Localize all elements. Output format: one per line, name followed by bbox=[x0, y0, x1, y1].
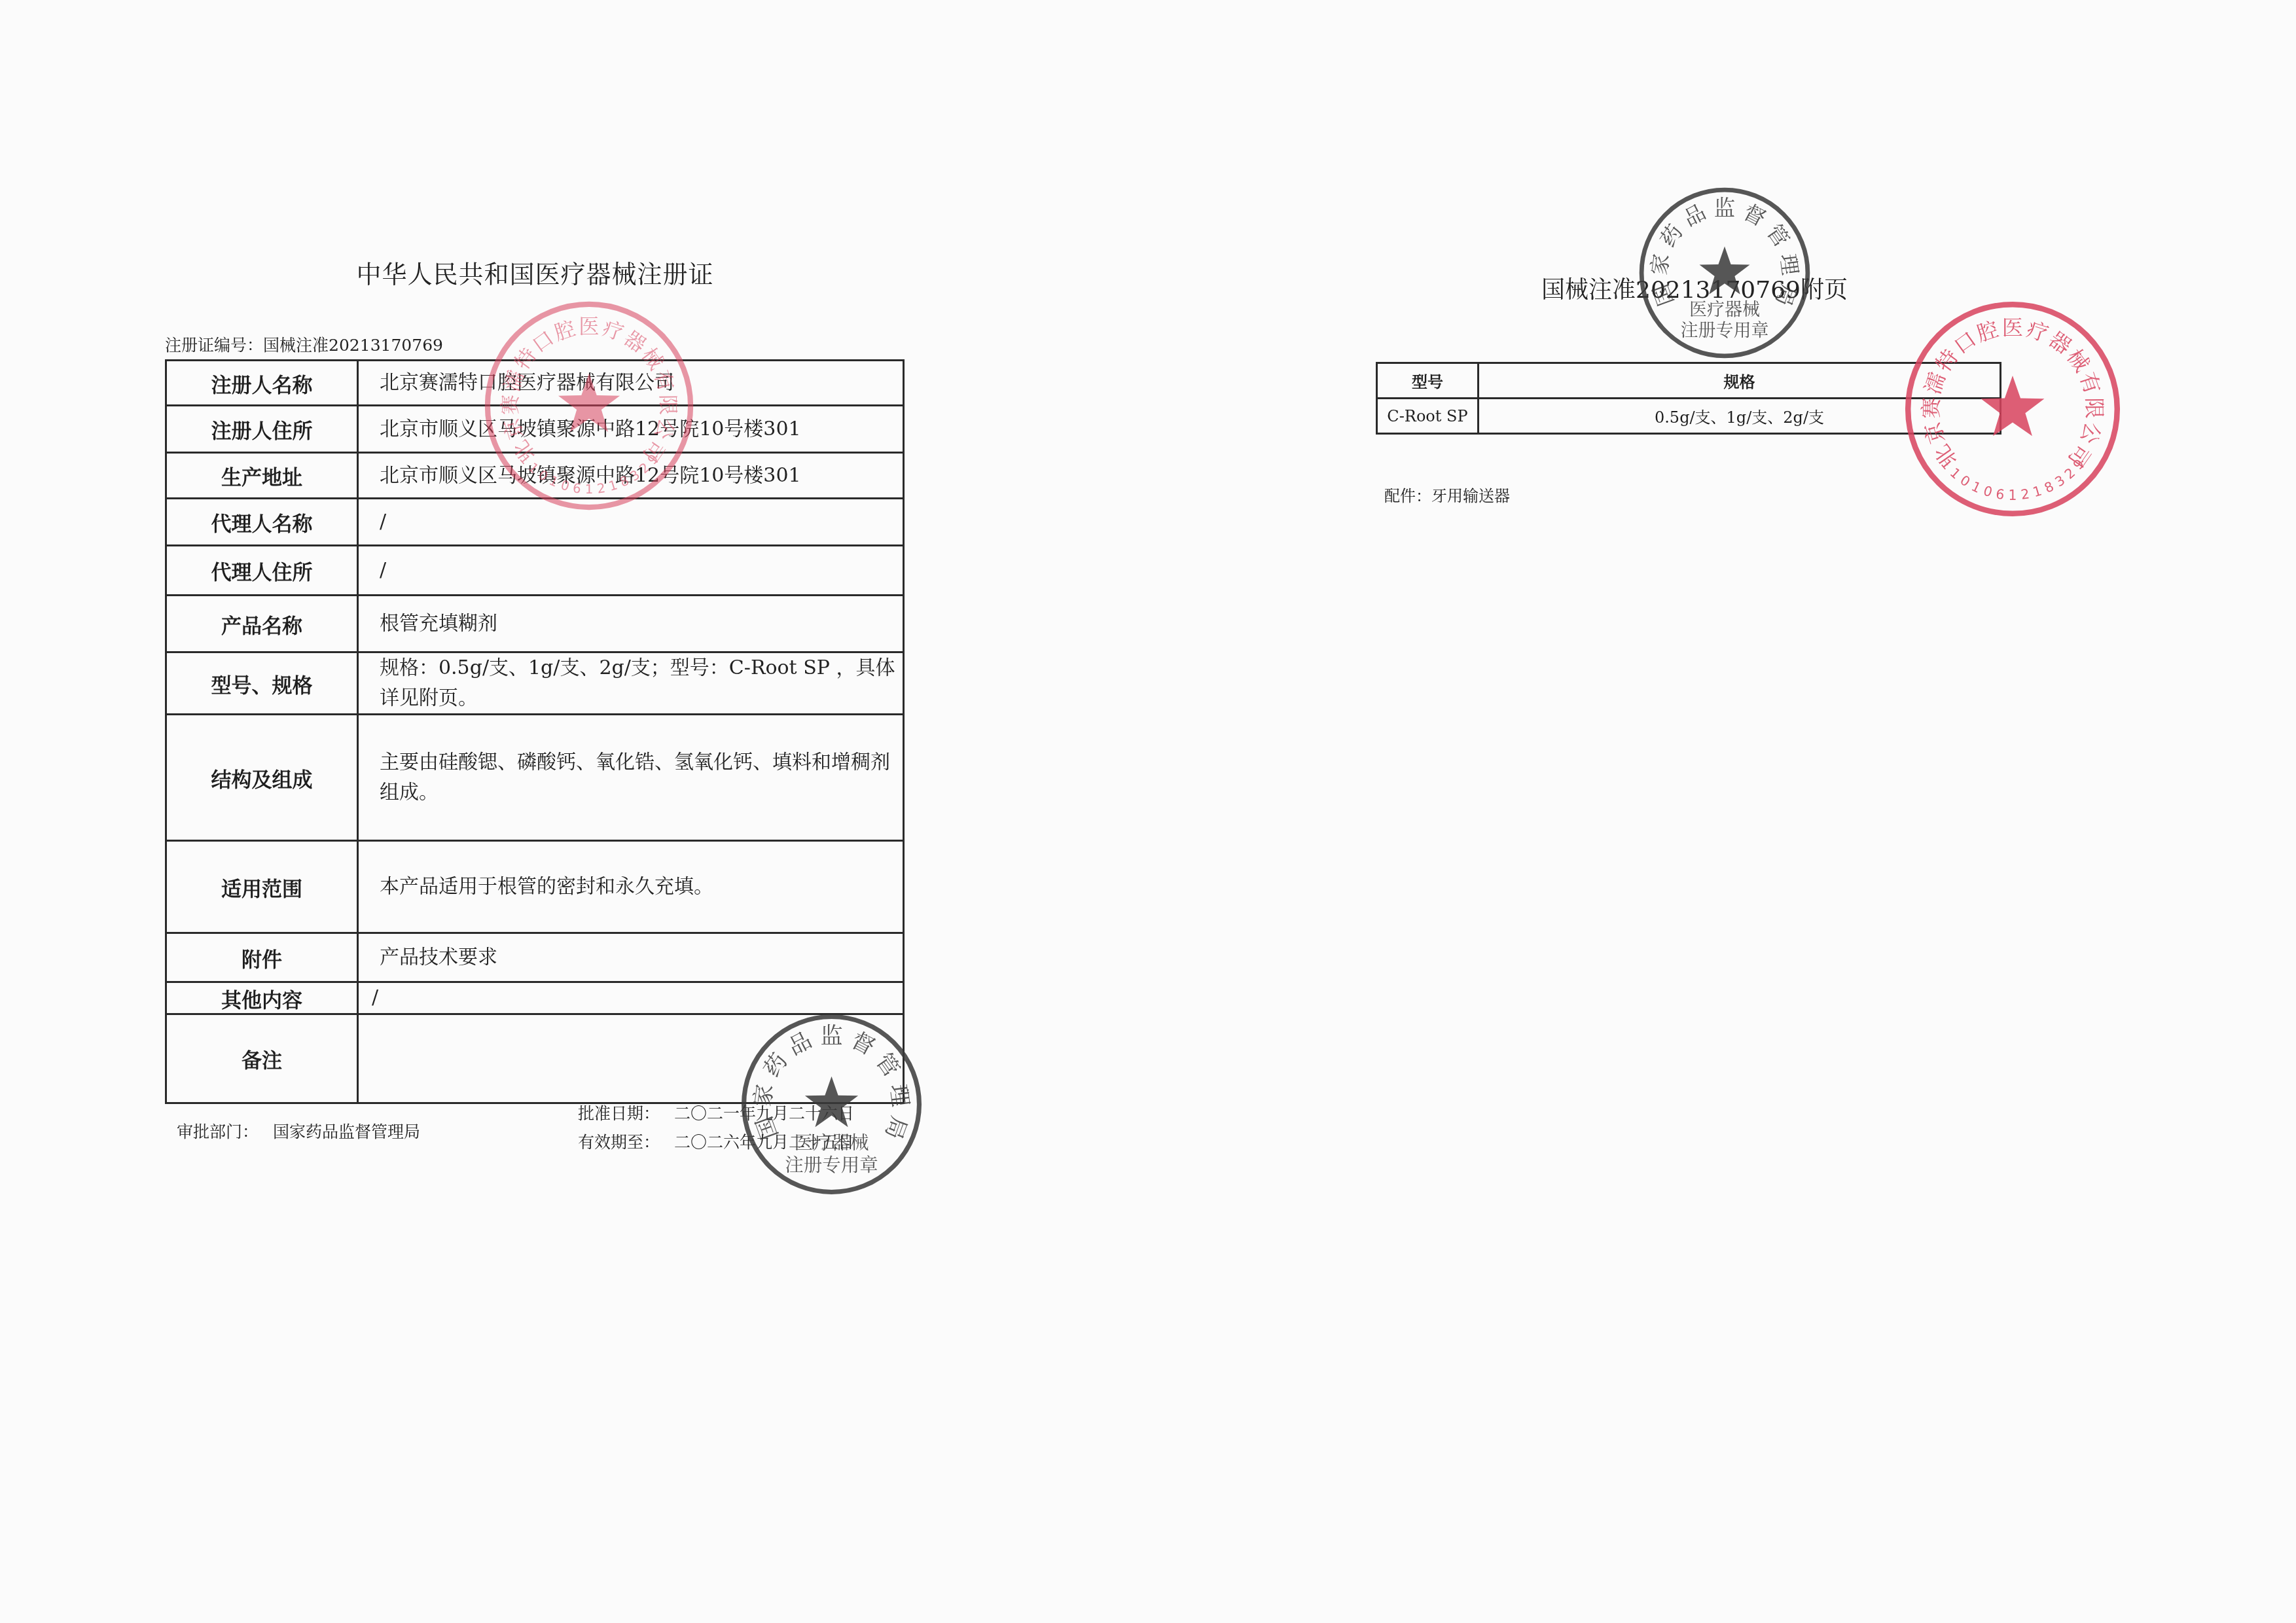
svg-text:1: 1 bbox=[2031, 483, 2043, 501]
row-label: 产品名称 bbox=[166, 596, 358, 652]
approval-department: 审批部门：国家药品监督管理局 bbox=[177, 1119, 420, 1143]
table-row: 生产地址 北京市顺义区马坡镇聚源中路12号院10号楼301 bbox=[166, 453, 904, 499]
cell-model: C-Root SP bbox=[1377, 399, 1479, 434]
row-value: 北京市顺义区马坡镇聚源中路12号院10号楼301 bbox=[358, 406, 904, 453]
svg-text:督: 督 bbox=[1740, 200, 1770, 232]
svg-text:1: 1 bbox=[1947, 465, 1964, 482]
svg-text:司: 司 bbox=[2063, 440, 2096, 471]
approval-department-value: 国家药品监督管理局 bbox=[273, 1122, 420, 1141]
svg-text:管: 管 bbox=[1761, 220, 1794, 251]
row-value bbox=[358, 1014, 904, 1103]
svg-text:北: 北 bbox=[1929, 440, 1962, 471]
svg-text:3: 3 bbox=[2052, 472, 2068, 490]
row-label: 其他内容 bbox=[166, 982, 358, 1014]
row-label: 型号、规格 bbox=[166, 652, 358, 715]
approval-department-label: 审批部门： bbox=[177, 1122, 259, 1141]
row-label: 代理人住所 bbox=[166, 546, 358, 596]
svg-text:口: 口 bbox=[528, 327, 558, 358]
row-label: 适用范围 bbox=[166, 841, 358, 933]
appendix-table: 型号 规格 C-Root SP 0.5g/支、1g/支、2g/支 bbox=[1376, 362, 2001, 435]
valid-until-label: 有效期至： bbox=[578, 1133, 660, 1152]
appendix-accessory: 配件：牙用输送器 bbox=[1384, 483, 1510, 506]
svg-text:局: 局 bbox=[880, 1113, 912, 1143]
svg-text:腔: 腔 bbox=[1974, 317, 2001, 347]
svg-text:8: 8 bbox=[2042, 478, 2056, 496]
table-row: 代理人名称 / bbox=[166, 499, 904, 546]
svg-text:0: 0 bbox=[1982, 483, 1994, 501]
certificate-number: 注册证编号：国械注准20213170769 bbox=[165, 332, 443, 356]
svg-text:1: 1 bbox=[1938, 456, 1956, 473]
svg-text:医: 医 bbox=[2002, 315, 2023, 340]
svg-text:疗: 疗 bbox=[2024, 317, 2051, 347]
svg-text:口: 口 bbox=[1949, 327, 1981, 359]
svg-text:有: 有 bbox=[2075, 369, 2105, 397]
row-label: 注册人住所 bbox=[166, 406, 358, 453]
table-row: 附件 产品技术要求 bbox=[166, 933, 904, 982]
cell-spec: 0.5g/支、1g/支、2g/支 bbox=[1479, 399, 2001, 434]
row-label: 备注 bbox=[166, 1014, 358, 1103]
row-value: 根管充填糊剂 bbox=[358, 596, 904, 652]
svg-text:品: 品 bbox=[1679, 200, 1710, 232]
table-row: 其他内容 / bbox=[166, 982, 904, 1014]
svg-text:2: 2 bbox=[2020, 486, 2030, 503]
approval-date: 批准日期：二〇二一年九月二十六日 bbox=[578, 1101, 854, 1124]
row-value: 主要由硅酸锶、磷酸钙、氧化锆、氢氧化钙、填料和增稠剂组成。 bbox=[358, 715, 904, 841]
svg-text:6: 6 bbox=[1995, 486, 2005, 503]
certificate-number-label: 注册证编号： bbox=[165, 336, 263, 355]
appendix-header-row: 型号 规格 bbox=[1377, 363, 2001, 399]
table-row: 型号、规格 规格：0.5g/支、1g/支、2g/支；型号：C-Root SP ，… bbox=[166, 652, 904, 715]
row-label: 注册人名称 bbox=[166, 361, 358, 406]
svg-text:公: 公 bbox=[2075, 419, 2106, 447]
valid-until-value: 二〇二六年九月二十五日 bbox=[674, 1133, 854, 1152]
row-value: 本产品适用于根管的密封和永久充填。 bbox=[358, 841, 904, 933]
table-row: 代理人住所 / bbox=[166, 546, 904, 596]
row-value: / bbox=[358, 499, 904, 546]
table-row: 备注 bbox=[166, 1014, 904, 1103]
valid-until: 有效期至：二〇二六年九月二十五日 bbox=[578, 1130, 854, 1153]
row-value: 规格：0.5g/支、1g/支、2g/支；型号：C-Root SP ，具体详见附页… bbox=[358, 652, 904, 715]
svg-text:器: 器 bbox=[620, 327, 650, 358]
svg-text:2: 2 bbox=[2062, 465, 2079, 482]
row-value: 北京市顺义区马坡镇聚源中路12号院10号楼301 bbox=[358, 453, 904, 499]
table-row: 结构及组成 主要由硅酸锶、磷酸钙、氧化锆、氢氧化钙、填料和增稠剂组成。 bbox=[166, 715, 904, 841]
appendix-title: 国械注准20213170769附页 bbox=[1541, 272, 1848, 305]
svg-text:疗: 疗 bbox=[600, 317, 626, 346]
header-spec: 规格 bbox=[1479, 363, 2001, 399]
svg-text:药: 药 bbox=[1655, 220, 1688, 251]
row-label: 结构及组成 bbox=[166, 715, 358, 841]
approval-date-label: 批准日期： bbox=[578, 1104, 660, 1123]
approval-date-value: 二〇二一年九月二十六日 bbox=[674, 1104, 854, 1123]
table-row: 注册人名称 北京赛濡特口腔医疗器械有限公司 bbox=[166, 361, 904, 406]
svg-text:注册专用章: 注册专用章 bbox=[1681, 321, 1769, 341]
svg-text:1: 1 bbox=[1969, 478, 1983, 496]
table-row: 产品名称 根管充填糊剂 bbox=[166, 596, 904, 652]
svg-text:医: 医 bbox=[579, 315, 599, 339]
certificate-table: 注册人名称 北京赛濡特口腔医疗器械有限公司 注册人住所 北京市顺义区马坡镇聚源中… bbox=[165, 359, 905, 1104]
svg-text:械: 械 bbox=[2062, 345, 2094, 377]
certificate-title: 中华人民共和国医疗器械注册证 bbox=[0, 254, 1070, 290]
row-value: / bbox=[358, 546, 904, 596]
svg-text:注册专用章: 注册专用章 bbox=[785, 1154, 878, 1176]
row-label: 生产地址 bbox=[166, 453, 358, 499]
svg-text:监: 监 bbox=[1714, 196, 1735, 221]
row-value: 产品技术要求 bbox=[358, 933, 904, 982]
svg-text:1: 1 bbox=[2009, 488, 2017, 503]
svg-text:器: 器 bbox=[2044, 327, 2075, 359]
svg-text:9: 9 bbox=[2070, 456, 2088, 473]
row-value: 北京赛濡特口腔医疗器械有限公司 bbox=[358, 361, 904, 406]
table-row: 注册人住所 北京市顺义区马坡镇聚源中路12号院10号楼301 bbox=[166, 406, 904, 453]
table-row: 适用范围 本产品适用于根管的密封和永久充填。 bbox=[166, 841, 904, 933]
svg-text:限: 限 bbox=[2081, 397, 2106, 419]
svg-text:0: 0 bbox=[1958, 472, 1973, 490]
table-row: C-Root SP 0.5g/支、1g/支、2g/支 bbox=[1377, 399, 2001, 434]
row-label: 附件 bbox=[166, 933, 358, 982]
header-model: 型号 bbox=[1377, 363, 1479, 399]
row-label: 代理人名称 bbox=[166, 499, 358, 546]
certificate-number-value: 国械注准20213170769 bbox=[263, 336, 443, 355]
svg-text:腔: 腔 bbox=[552, 317, 579, 346]
row-value: / bbox=[358, 982, 904, 1014]
